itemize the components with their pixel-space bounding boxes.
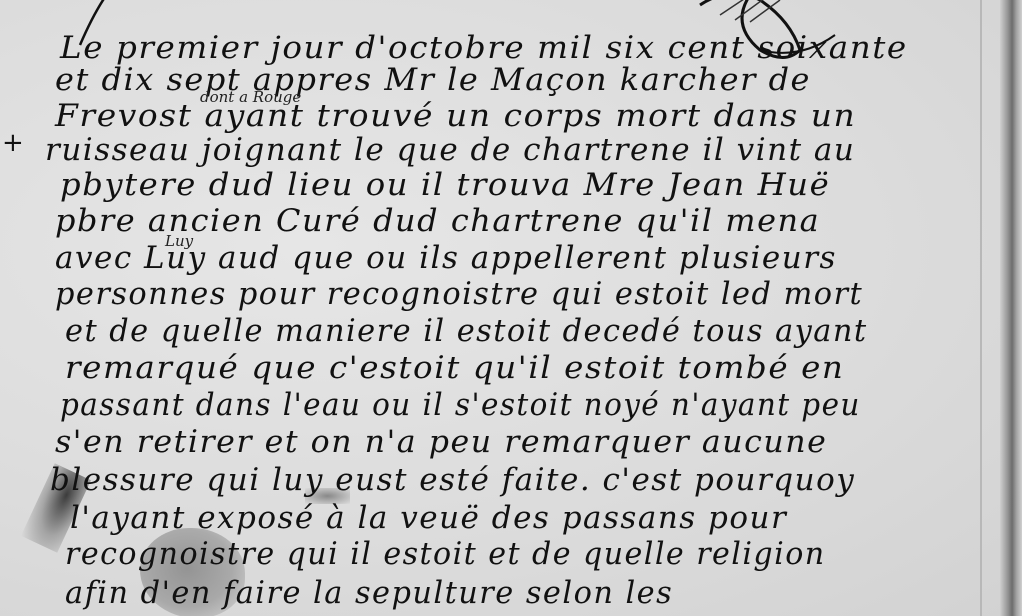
text-line-8: personnes pour recognoistre qui estoit l… [55, 276, 863, 312]
text-line-13: blessure qui luy eust esté faite. c'est … [50, 462, 855, 498]
text-line-16: afin d'en faire la sepulture selon les [65, 575, 673, 611]
text-line-2-content: et dix sept appres Mr le Maçon karcher d… [55, 62, 811, 98]
text-line-11: passant dans l'eau ou il s'estoit noyé n… [60, 387, 861, 423]
text-line-3: Frevost ayant trouvé un corps mort dans … [55, 98, 856, 134]
text-line-4: ruisseau joignant le que de chartrene il… [45, 132, 855, 168]
text-line-2: et dix sept appres Mr le Maçon karcher d… [55, 62, 811, 98]
text-line-9: et de quelle maniere il estoit decedé to… [65, 313, 868, 349]
text-line-14: l'ayant exposé à la veuë des passans pou… [70, 500, 787, 536]
text-line-10: remarqué que c'estoit qu'il estoit tombé… [65, 350, 844, 386]
text-line-5: pbytere dud lieu ou il trouva Mre Jean H… [60, 167, 830, 203]
text-line-15: recognoistre qui il estoit et de quelle … [65, 536, 826, 572]
text-line-1: Le premier jour d'octobre mil six cent s… [60, 30, 908, 66]
text-line-7: avec Luy aud que ou ils appellerent plus… [55, 240, 837, 276]
marginal-cross-mark: + [2, 128, 24, 158]
text-line-12: s'en retirer et on n'a peu remarquer auc… [55, 424, 827, 460]
manuscript-page: + Le premier jour d'octobre mil six cent… [0, 0, 1022, 616]
page-binding-edge [1000, 0, 1022, 616]
page-fold-line [980, 0, 982, 616]
